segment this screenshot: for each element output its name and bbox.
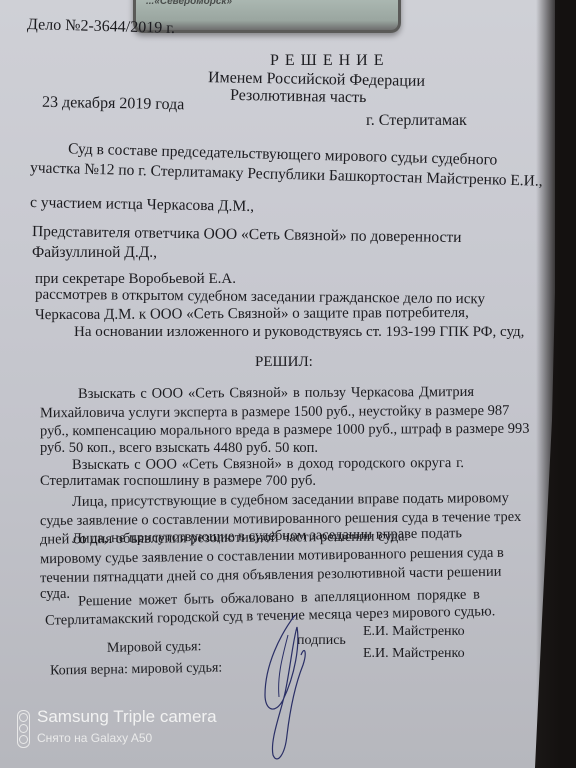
ruling-line-1: Взыскать с ООО «Сеть Связной» в пользу Ч… [78, 384, 474, 403]
ruling-line-3: руб., компенсацию морального вреда в раз… [40, 421, 530, 441]
ruling-line-2: Михайловича услуги эксперта в размере 15… [40, 403, 509, 422]
document-part: Резолютивная часть [230, 87, 367, 107]
intro-line-9: На основании изложенного и руководствуяс… [74, 324, 524, 341]
camera-lens-icon [17, 710, 30, 748]
judge-label: Мировой судья: [107, 639, 202, 657]
badge-text: ...«Североморск» [146, 0, 232, 7]
document-city: г. Стерлитамак [366, 112, 467, 130]
watermark-title: Samsung Triple camera [37, 707, 217, 727]
handwritten-signature [255, 615, 335, 765]
case-number: Дело №2-3644/2019 г. [27, 16, 175, 38]
decided-heading: РЕШИЛ: [255, 354, 313, 371]
document-title: Р Е Ш Е Н И Е [270, 52, 384, 70]
ruling-line-5: Взыскать с ООО «Сеть Связной» в доход го… [72, 455, 464, 474]
copy-name: Е.И. Майстренко [363, 646, 465, 662]
copy-label: Копия верна: мировой судья: [50, 660, 223, 679]
ruling-line-6: Стерлитамак госпошлину в размере 700 руб… [40, 473, 316, 490]
intro-line-8: Черкасова Д.М. к ООО «Сеть Связной» о за… [35, 305, 469, 324]
ruling-line-4: руб. 50 коп., всего взыскать 4480 руб. 5… [40, 440, 318, 457]
judge-name: Е.И. Майстренко [363, 624, 465, 640]
intro-line-6: при секретаре Воробьевой Е.А. [35, 271, 236, 288]
background-shadow [536, 0, 576, 768]
document-date: 23 декабря 2019 года [42, 94, 185, 114]
ruling-line-13: суда. [40, 586, 70, 603]
intro-line-5: Файзуллиной Д.Д., [32, 244, 157, 262]
watermark-subtitle: Снято на Galaxy A50 [37, 731, 152, 745]
